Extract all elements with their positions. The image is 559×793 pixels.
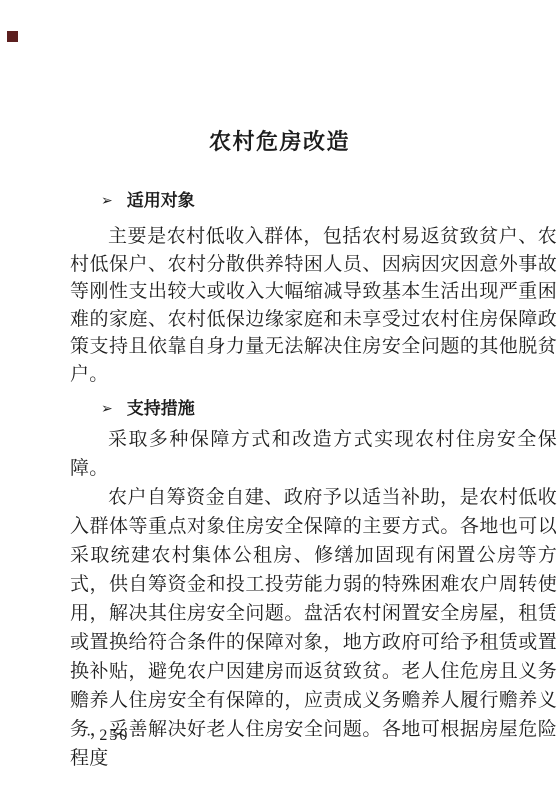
section-body-applicable-objects: 主要是农村低收入群体，包括农村易返贫致贫户、农村低保户、农村分散供养特困人员、因… — [70, 223, 557, 388]
page-number: · 250 · — [86, 727, 143, 745]
document-page: 农村危房改造 ➢ 适用对象 主要是农村低收入群体，包括农村易返贫致贫户、农村低保… — [0, 0, 559, 793]
paragraph: 采取多种保障方式和改造方式实现农村住房安全保障。 — [70, 425, 557, 483]
section-heading-label: 适用对象 — [127, 191, 195, 211]
paragraph: 农户自筹资金自建、政府予以适当补助，是农村低收入群体等重点对象住房安全保障的主要… — [70, 483, 557, 773]
section-heading-applicable-objects: ➢ 适用对象 — [101, 191, 195, 211]
corner-mark-square — [7, 31, 18, 42]
section-heading-label: 支持措施 — [127, 399, 195, 419]
arrow-bullet-icon: ➢ — [101, 399, 113, 419]
section-heading-support-measures: ➢ 支持措施 — [101, 399, 195, 419]
paragraph: 主要是农村低收入群体，包括农村易返贫致贫户、农村低保户、农村分散供养特困人员、因… — [70, 223, 557, 388]
arrow-bullet-icon: ➢ — [101, 191, 113, 211]
section-body-support-measures: 采取多种保障方式和改造方式实现农村住房安全保障。 农户自筹资金自建、政府予以适当… — [70, 425, 557, 773]
page-title: 农村危房改造 — [0, 125, 559, 156]
